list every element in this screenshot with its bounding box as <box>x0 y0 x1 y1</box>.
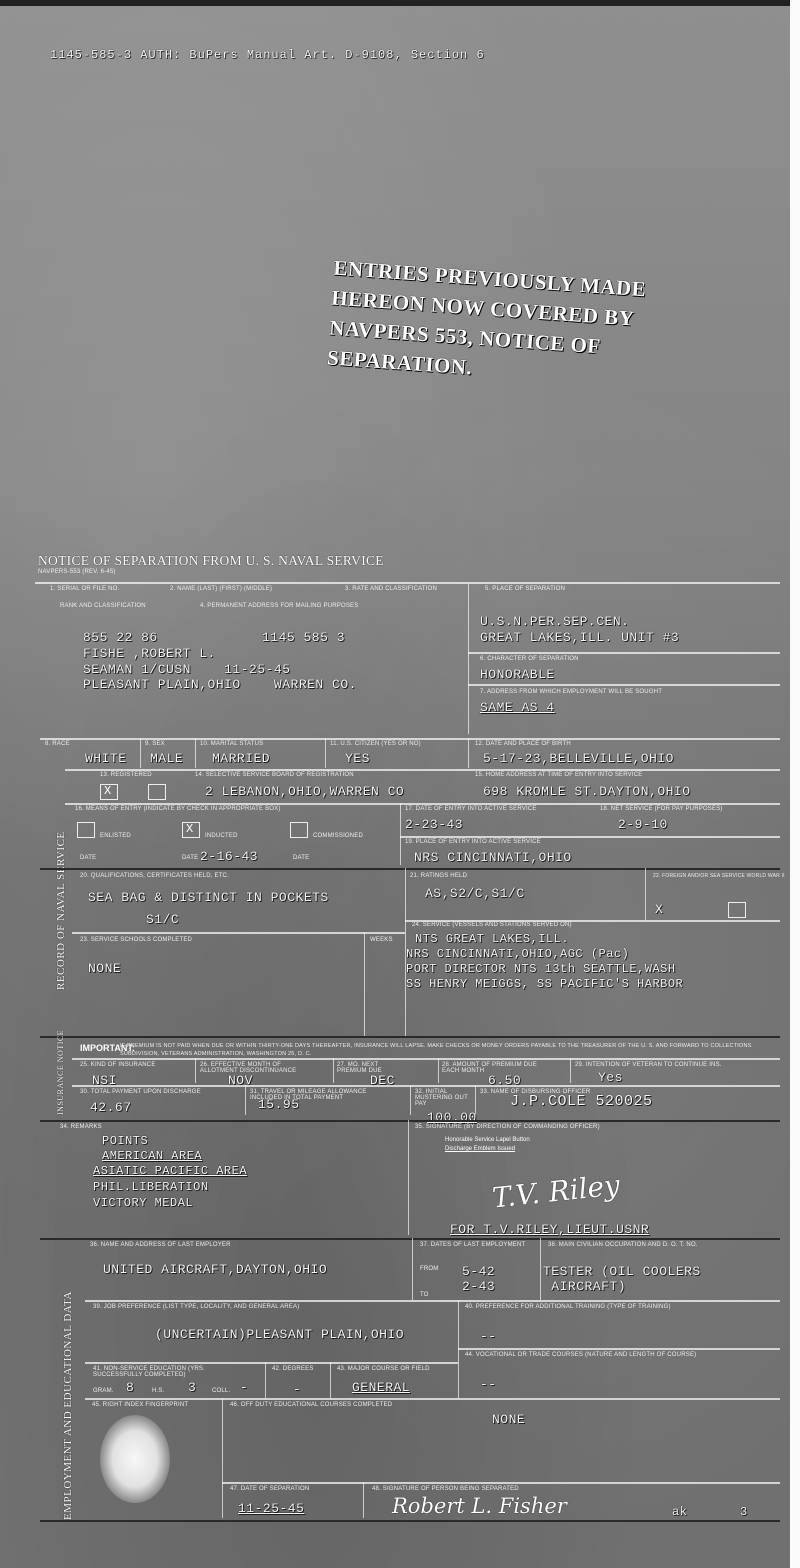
label-to: TO <box>420 1292 429 1298</box>
label-net-service: 18. NET SERVICE (FOR PAY PURPOSES) <box>600 806 723 812</box>
divider <box>40 1520 780 1522</box>
initials: ak <box>672 1505 687 1519</box>
page-marker: 3 <box>740 1505 748 1519</box>
co-note-2: Discharge Emblem Issued <box>445 1146 515 1152</box>
place-sep-value-2: GREAT LAKES,ILL. UNIT #3 <box>480 630 679 645</box>
muster-pay-value: 100.00 <box>427 1110 477 1125</box>
divider <box>400 836 780 838</box>
divider <box>35 582 780 584</box>
net-service-value: 2-9-10 <box>618 817 668 832</box>
label-place-sep: 5. PLACE OF SEPARATION <box>485 586 565 592</box>
emp-from-value: 5-42 <box>462 1264 495 1279</box>
divider <box>468 652 780 654</box>
birth-value: 5-17-23,BELLEVILLE,OHIO <box>483 751 674 766</box>
label-muster-pay: 32. INITIAL MUSTERING OUT PAY <box>415 1089 470 1107</box>
label-hs: H.S. <box>152 1388 164 1394</box>
label-birth: 12. DATE AND PLACE OF BIRTH <box>475 741 571 747</box>
label-weeks: WEEKS <box>370 937 393 943</box>
schools-value: NONE <box>88 961 121 976</box>
divider <box>570 1058 571 1083</box>
enlisted-checkbox <box>77 822 95 838</box>
vocational-value: -- <box>480 1377 497 1392</box>
label-dates-employment: 37. DATES OF LAST EMPLOYMENT <box>420 1242 525 1248</box>
label-rate: 3. RATE AND CLASSIFICATION <box>345 586 437 592</box>
home-address-value: 698 KROMLE ST.DAYTON,OHIO <box>483 784 691 799</box>
citizen-value: YES <box>345 751 370 766</box>
divider <box>72 932 405 934</box>
divider <box>222 1482 780 1484</box>
vessel-item: NTS GREAT LAKES,ILL. <box>415 932 569 946</box>
label-off-duty: 46. OFF DUTY EDUCATIONAL COURSES COMPLET… <box>230 1402 392 1408</box>
race-value: WHITE <box>85 751 127 766</box>
total-payment-value: 42.67 <box>90 1100 132 1115</box>
divider <box>195 1058 196 1083</box>
label-education: 41. NON-SERVICE EDUCATION (YRS. SUCCESSF… <box>93 1366 243 1378</box>
divider <box>85 1398 780 1400</box>
label-job-pref: 39. JOB PREFERENCE (LIST TYPE, LOCALITY,… <box>93 1304 299 1310</box>
label-foreign-service: 22. FOREIGN AND/OR SEA SERVICE WORLD WAR… <box>653 873 785 879</box>
entries-covered-stamp: ENTRIES PREVIOUSLY MADE HEREON NOW COVER… <box>326 253 693 398</box>
label-coll: COLL. <box>212 1388 230 1394</box>
induct-date-value: 2-16-43 <box>200 849 258 864</box>
label-from: FROM <box>420 1266 438 1272</box>
divider <box>85 1300 780 1302</box>
label-name: 2. NAME (LAST) (FIRST) (MIDDLE) <box>170 586 272 592</box>
scan-top-edge <box>0 0 800 6</box>
section-label-service: RECORD OF NAVAL SERVICE <box>55 831 67 990</box>
label-date: DATE <box>293 855 309 861</box>
label-major: 43. MAJOR COURSE OR FIELD <box>337 1366 430 1372</box>
commissioned-checkbox <box>290 822 308 838</box>
divider <box>400 803 401 865</box>
emp-to-value: 2-43 <box>462 1279 495 1294</box>
label-place-entry: 19. PLACE OF ENTRY INTO ACTIVE SERVICE <box>405 839 541 845</box>
occupation-value-1: TESTER (OIL COOLERS <box>543 1264 701 1279</box>
divider <box>468 584 469 734</box>
label-home-address: 15. HOME ADDRESS AT TIME OF ENTRY INTO S… <box>475 772 642 778</box>
place-entry-value: NRS CINCINNATI,OHIO <box>414 850 572 865</box>
label-last-employer: 36. NAME AND ADDRESS OF LAST EMPLOYER <box>90 1242 231 1248</box>
vessel-item: SS HENRY MEIGGS, SS PACIFIC'S HARBOR <box>406 977 683 991</box>
address-value: PLEASANT PLAIN,OHIO WARREN CO. <box>83 677 357 692</box>
character-value: HONORABLE <box>480 667 555 682</box>
divider <box>468 738 469 768</box>
scan-right-edge <box>790 0 800 1568</box>
label-registered: 13. REGISTERED <box>100 772 152 778</box>
co-note-1: Honorable Service Lapel Button <box>445 1137 530 1143</box>
divider <box>363 1482 364 1518</box>
ratings-held-value: AS,S2/C,S1/C <box>425 886 525 901</box>
remark-item: ASIATIC PACIFIC AREA <box>93 1164 247 1178</box>
edu-grammar-value: 8 <box>126 1380 134 1395</box>
divider <box>458 1348 780 1350</box>
divider <box>65 803 780 805</box>
label-ins-kind: 25. KIND OF INSURANCE <box>80 1062 156 1068</box>
qualifications-value: SEA BAG & DISTINCT IN POCKETS <box>88 890 329 905</box>
file-no-value: 1145 585 3 <box>262 630 345 645</box>
divider <box>645 868 646 920</box>
divider <box>140 738 141 768</box>
label-remarks: 34. REMARKS <box>60 1124 102 1130</box>
label-commissioned: COMMISSIONED <box>313 833 363 839</box>
label-date-separation: 47. DATE OF SEPARATION <box>230 1486 309 1492</box>
label-rank: RANK AND CLASSIFICATION <box>60 603 146 609</box>
label-ins-intent: 29. INTENTION OF VETERAN TO CONTINUE INS… <box>575 1062 722 1068</box>
divider <box>85 1362 458 1364</box>
marital-value: MARRIED <box>212 751 270 766</box>
edu-hs-value: 3 <box>188 1380 196 1395</box>
divider <box>40 1238 780 1240</box>
ins-intent-value: Yes <box>598 1070 623 1085</box>
label-training-pref: 40. PREFERENCE FOR ADDITIONAL TRAINING (… <box>465 1304 671 1310</box>
remark-item: PHIL.LIBERATION <box>93 1180 209 1194</box>
label-inducted: INDUCTED <box>205 833 238 839</box>
divider <box>72 1085 780 1087</box>
section-label-insurance: INSURANCE NOTICE <box>56 1030 65 1115</box>
divider <box>540 1238 541 1300</box>
off-duty-value: NONE <box>492 1412 525 1427</box>
label-ratings-held: 21. RATINGS HELD <box>410 873 467 879</box>
remark-item: AMERICAN AREA <box>102 1149 202 1163</box>
label-total-payment: 30. TOTAL PAYMENT UPON DISCHARGE <box>80 1089 201 1095</box>
edu-coll-value: - <box>240 1380 248 1395</box>
degrees-value: - <box>293 1382 301 1397</box>
divider <box>65 769 780 771</box>
foreign-service-value: X <box>655 902 663 917</box>
divider <box>364 932 365 1036</box>
vessel-item: NRS CINCINNATI,OHIO,AGC (Pac) <box>406 947 629 961</box>
co-name: FOR T.V.RILEY,LIEUT.USNR <box>450 1222 649 1237</box>
foreign-service-no-checkbox <box>728 902 746 918</box>
divider <box>40 738 780 740</box>
label-date-entry: 17. DATE OF ENTRY INTO ACTIVE SERVICE <box>405 806 537 812</box>
divider <box>468 684 780 686</box>
divider <box>438 1058 439 1083</box>
divider <box>412 1238 413 1300</box>
label-enlisted: ENLISTED <box>100 833 131 839</box>
important-text: IF PREMIUM IS NOT PAID WHEN DUE OR WITHI… <box>120 1042 780 1058</box>
selective-board-value: 2 LEBANON,OHIO,WARREN CO <box>205 784 404 799</box>
label-signature-co: 35. SIGNATURE (BY DIRECTION OF COMMANDIN… <box>415 1124 600 1130</box>
divider <box>410 1085 411 1115</box>
job-pref-value: (UNCERTAIN)PLEASANT PLAIN,OHIO <box>155 1327 404 1342</box>
divider <box>40 1120 780 1122</box>
label-means-entry: 16. MEANS OF ENTRY (INDICATE BY CHECK IN… <box>75 806 281 812</box>
divider <box>408 1120 409 1235</box>
qualifications-value-2: S1/C <box>146 912 179 927</box>
label-fingerprint: 45. RIGHT INDEX FINGERPRINT <box>92 1402 188 1408</box>
label-grammar: GRAM. <box>93 1388 114 1394</box>
remark-item: VICTORY MEDAL <box>93 1196 193 1210</box>
registered-yes-checkbox <box>100 784 118 800</box>
label-employment-address: 7. ADDRESS FROM WHICH EMPLOYMENT WILL BE… <box>480 689 662 695</box>
divider <box>222 1398 223 1518</box>
service-no-value: 855 22 86 <box>83 630 158 645</box>
label-occupation: 38. MAIN CIVILIAN OCCUPATION AND D. O. T… <box>548 1242 698 1248</box>
divider <box>325 738 326 768</box>
divider <box>40 868 780 870</box>
divider <box>330 1362 331 1398</box>
label-date: DATE <box>80 855 96 861</box>
co-signature: T.V. Riley <box>491 1168 622 1214</box>
occupation-value-2: AIRCRAFT) <box>543 1279 626 1294</box>
training-pref-value: -- <box>480 1329 497 1344</box>
employment-address-value: SAME AS 4 <box>480 700 555 715</box>
major-value: GENERAL <box>352 1380 410 1395</box>
form-number: NAVPERS-553 (REV. 6-45) <box>38 569 116 575</box>
last-employer-value: UNITED AIRCRAFT,DAYTON,OHIO <box>103 1262 327 1277</box>
form-title: NOTICE OF SEPARATION FROM U. S. NAVAL SE… <box>38 553 384 569</box>
vessel-item: PORT DIRECTOR NTS 13th SEATTLE,WASH <box>406 962 676 976</box>
section-label-employment: EMPLOYMENT AND EDUCATIONAL DATA <box>62 1291 74 1520</box>
remark-item: POINTS <box>102 1134 148 1148</box>
document-page: 1145-585-3 AUTH: BuPers Manual Art. D-91… <box>0 0 792 1568</box>
label-selective-board: 14. SELECTIVE SERVICE BOARD OF REGISTRAT… <box>195 772 354 778</box>
registered-no-checkbox <box>148 784 166 800</box>
name-value: FISHE ,ROBERT L. <box>83 646 216 661</box>
label-date: DATE <box>182 855 198 861</box>
rate-date-value: SEAMAN 1/CUSN 11-25-45 <box>83 662 291 677</box>
label-qualifications: 20. QUALIFICATIONS, CERTIFICATES HELD, E… <box>80 873 229 879</box>
label-signature-person: 48. SIGNATURE OF PERSON BEING SEPARATED <box>372 1486 519 1492</box>
inducted-checkbox <box>182 822 200 838</box>
label-schools: 23. SERVICE SCHOOLS COMPLETED <box>80 937 192 943</box>
signature-person: Robert L. Fisher <box>392 1494 567 1518</box>
divider <box>40 1036 780 1038</box>
label-address: 4. PERMANENT ADDRESS FOR MAILING PURPOSE… <box>200 603 358 609</box>
label-race: 8. RACE <box>45 741 70 747</box>
label-service-no: 1. SERIAL OR FILE NO. <box>50 586 119 592</box>
label-character: 6. CHARACTER OF SEPARATION <box>480 656 579 662</box>
label-degrees: 42. DEGREES <box>272 1366 314 1372</box>
divider <box>245 1085 246 1115</box>
date-separation-value: 11-25-45 <box>238 1501 304 1516</box>
label-vessels: 24. SERVICE (VESSELS AND STATIONS SERVED… <box>412 922 572 928</box>
travel-value: 15.95 <box>258 1097 300 1112</box>
place-sep-value-1: U.S.N.PER.SEP.CEN. <box>480 614 629 629</box>
date-entry-value: 2-23-43 <box>405 817 463 832</box>
label-marital: 10. MARITAL STATUS <box>200 741 263 747</box>
divider <box>333 1058 334 1083</box>
label-sex: 9. SEX <box>145 741 165 747</box>
label-citizen: 11. U.S. CITIZEN (YES OR NO) <box>330 741 421 747</box>
sex-value: MALE <box>150 751 183 766</box>
divider <box>265 1362 266 1398</box>
divider <box>72 1058 780 1060</box>
fingerprint-image <box>100 1415 170 1503</box>
authority-line: 1145-585-3 AUTH: BuPers Manual Art. D-91… <box>50 48 485 62</box>
disbursing-value: J.P.COLE 520025 <box>510 1093 653 1110</box>
divider <box>195 738 196 768</box>
label-vocational: 44. VOCATIONAL OR TRADE COURSES (NATURE … <box>465 1352 696 1358</box>
